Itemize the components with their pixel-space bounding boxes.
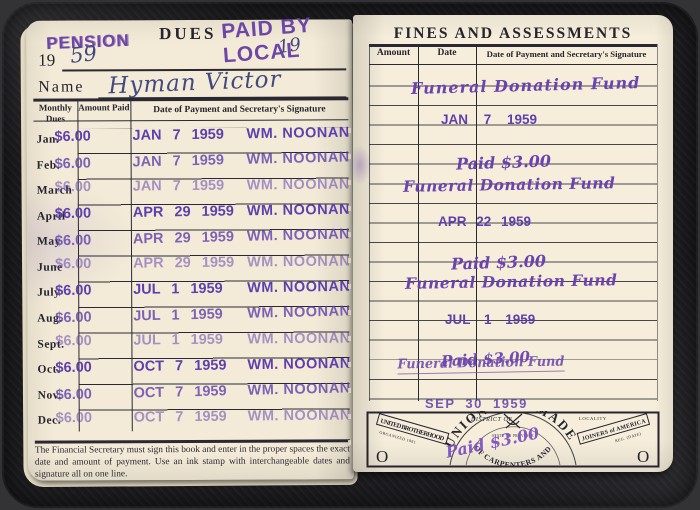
date-stamp: OCT 7 1959 [133,358,226,375]
column-header-amount: Amount [369,48,418,58]
table-top-rule [33,97,348,101]
amount-stamp: $6.00 [55,232,92,249]
date-stamp: OCT 7 1959 [133,383,226,401]
name-label: Name [38,78,84,96]
fines-page: FINES AND ASSESSMENTS Amount Date Date o… [353,15,673,472]
member-name-handwritten: Hyman Victor [108,67,282,100]
date-stamp: JAN 7 1959 [441,112,537,127]
locality-text: LOCALITY [579,416,607,421]
amount-stamp: $6.00 [54,155,91,172]
amount-stamp: $6.00 [56,410,92,426]
ink-smudge [349,145,371,185]
column-header-monthly-dues: Monthly Dues [33,102,77,124]
amount-stamp: $6.00 [55,206,92,223]
table-top-rule [369,44,657,47]
date-stamp: OCT 7 1959 [134,409,227,426]
financial-secretary-note: The Financial Secretary must sign this b… [35,443,350,480]
made-arc-text: MADE [534,411,581,444]
amount-stamp: $6.00 [55,283,92,300]
secretary-signature-stamp: WM. NOONAN [247,226,351,244]
dues-stamp-row: $6.00 OCT 7 1959 WM. NOONAN [48,408,350,431]
date-stamp: APR 29 1959 [133,203,234,220]
date-stamp: JAN 7 1959 [133,178,225,195]
table-header-rule [369,64,657,65]
fines-page-title: FINES AND ASSESSMENTS [353,25,673,43]
dues-page: PENSION DUES PAID BY LOCAL 19 59 19 Name… [26,19,354,480]
secretary-signature-stamp: WM. NOONAN [247,380,351,398]
scanned-dues-book: PENSION DUES PAID BY LOCAL 19 59 19 Name… [0,0,700,510]
amount-stamp: $6.00 [54,129,91,146]
column-header-amount-paid: Amount Paid [77,102,130,113]
table-header-rule [33,119,348,122]
date-stamp: JAN 7 1959 [132,152,224,170]
amount-stamp: $6.00 [55,360,92,377]
secretary-signature-stamp: WM. NOONAN [247,331,350,348]
secretary-signature-stamp: WM. NOONAN [247,202,350,220]
secretary-signature-stamp: WM. NOONAN [247,279,350,297]
year-handwritten: 59 [69,41,98,68]
date-stamp: JUL 1 1959 [445,312,535,327]
secretary-signature-stamp: WM. NOONAN [247,177,350,194]
column-header-date: Date [418,48,476,58]
secretary-signature-stamp: WM. NOONAN [248,408,351,425]
o-right-text: O [637,447,649,466]
spine-stitching [348,128,351,464]
dues-stamp-row: $6.00 JUL 1 1959 WM. NOONAN [47,331,349,354]
amount-stamp: $6.00 [55,386,92,403]
date-stamp: SEP 30 1959 [425,396,528,411]
amount-stamp: $6.00 [55,179,91,195]
secretary-signature-stamp: WM. NOONAN [246,125,349,143]
year-right-handwritten: 19 [277,34,303,58]
secretary-signature-stamp: WM. NOONAN [247,303,351,321]
secretary-signature-stamp: WM. NOONAN [247,356,350,374]
year-prefix: 19 [38,51,55,71]
funeral-donation-fund-stamp: Funeral Donation Fund [405,270,618,293]
date-stamp: JAN 7 1959 [132,127,224,144]
dues-stamp-row: $6.00 APR 29 1959 WM. NOONAN [47,254,349,277]
column-header-date-signature: Date of Payment and Secretary's Signatur… [130,104,348,116]
paid-amount-stamp: Paid $3.00 [451,251,547,273]
date-stamp: JUL 1 1959 [133,332,223,349]
date-stamp: JUL 1 1959 [133,281,223,298]
date-stamp: JUL 1 1959 [133,306,223,324]
date-stamp: APR 22 1959 [438,214,531,229]
funeral-donation-fund-stamp: Funeral Donation Fund [403,173,616,196]
date-stamp: APR 29 1959 [133,229,234,247]
date-stamp: APR 29 1959 [133,255,234,272]
dues-page-title: DUES [159,24,216,44]
column-header-date-signature: Date of Payment and Secretary's Signatur… [476,49,657,59]
table-border [657,44,658,401]
secretary-signature-stamp: WM. NOONAN [247,254,350,271]
secretary-signature-stamp: WM. NOONAN [246,149,350,167]
amount-stamp: $6.00 [55,333,91,349]
o-left-text: O [376,447,388,466]
dues-stamp-row: $6.00 JAN 7 1959 WM. NOONAN [47,177,349,200]
table-border [369,44,370,401]
made-text: MADE [534,411,581,444]
amount-stamp: $6.00 [55,256,91,272]
amount-stamp: $6.00 [55,309,92,326]
paid-amount-stamp: Paid $3.00 [456,151,552,173]
